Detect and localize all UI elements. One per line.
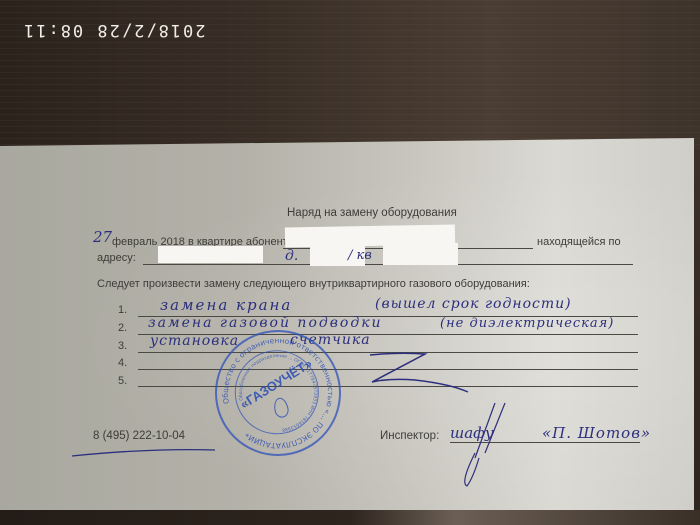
redacted-address-street [158,246,263,263]
item-text: замена крана [160,296,292,314]
inspector-name: «П. Шотов» [542,424,651,442]
phone-number: 8 (495) 222-10-04 [93,430,185,442]
item-number: 1. [118,304,127,316]
item-number: 2. [118,322,127,334]
phone-underline-stroke [70,446,220,458]
item-number: 4. [118,357,127,369]
item-number: 5. [118,375,127,387]
signature-flourish [455,398,525,488]
instruction-text: Следует произвести замену следующего вну… [97,278,530,290]
redacted-address-apt [383,243,458,265]
address-house-marker: д. [285,248,298,264]
photo-timestamp: 2018/2/28 08:11 [22,20,206,40]
inspector-label: Инспектор: [380,430,439,442]
located-text: находящейся по [537,236,621,248]
item-note: (не диэлектрическая) [440,316,614,331]
address-apt-marker: / кв [348,248,372,263]
address-label: адресу: [97,252,136,264]
item-text: замена газовой подводки [148,315,383,331]
item-note: (вышел срок годности) [375,296,572,312]
document-title: Наряд на замену оборудования [287,207,457,219]
z-strikeout-mark [360,350,470,395]
item-number: 3. [118,340,127,352]
table-surface-bottom [0,510,700,525]
date-day-handwritten: 27 [93,228,112,246]
